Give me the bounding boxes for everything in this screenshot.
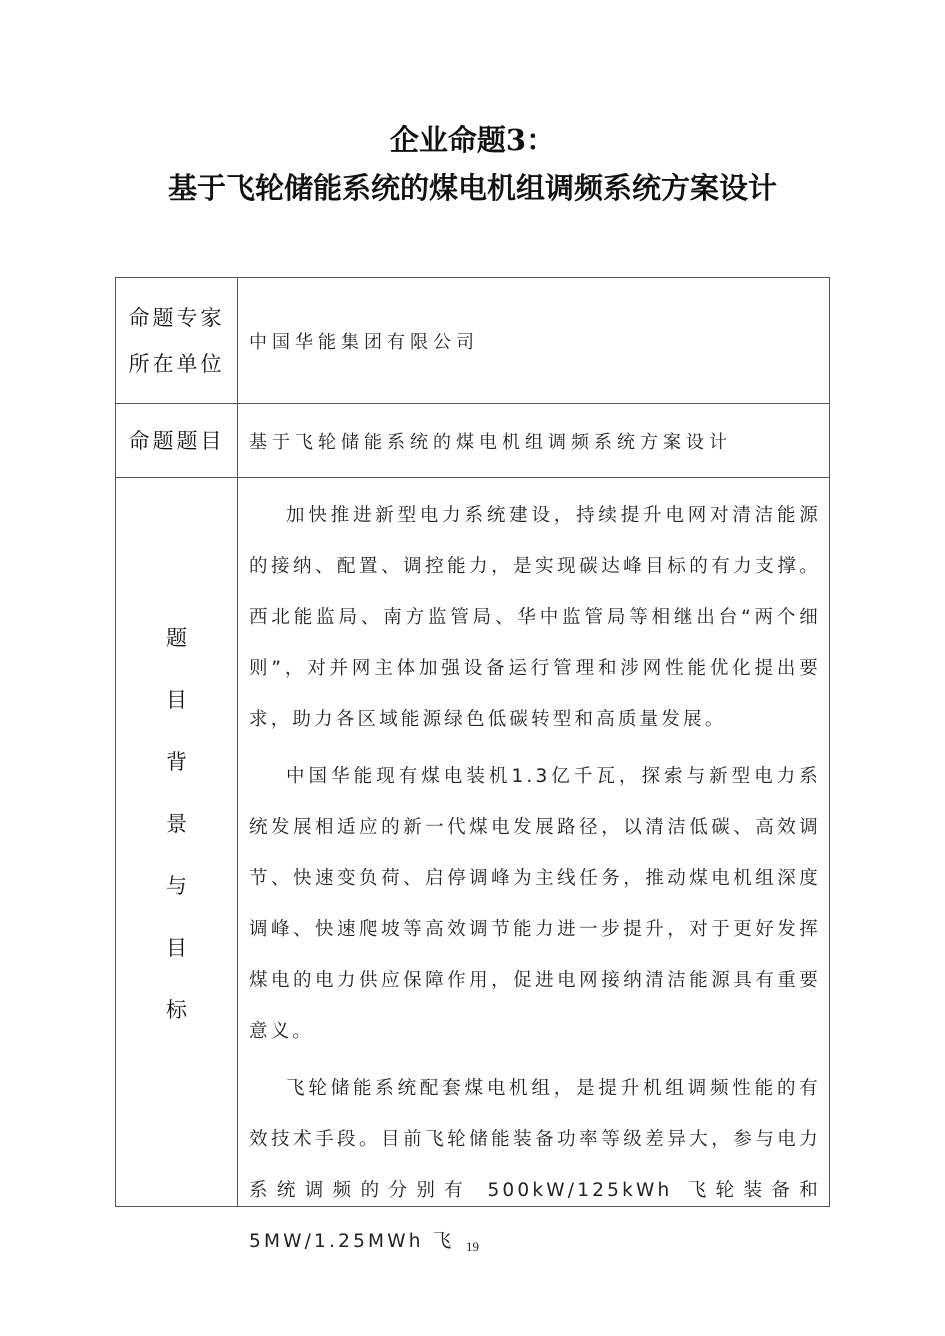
row-label-expert-unit: 命题专家 所在单位 [116, 278, 237, 403]
row-label-proposal-title: 命题题目 [116, 404, 237, 477]
proposal-title-value: 基于飞轮储能系统的煤电机组调频系统方案设计 [249, 404, 819, 477]
expert-unit-value: 中国华能集团有限公司 [249, 278, 819, 403]
label-char: 与 [116, 866, 237, 928]
page-number: 19 [0, 1239, 945, 1255]
label-line: 命题专家 [129, 295, 225, 341]
label-line: 命题题目 [129, 418, 225, 464]
background-goals-body: 加快推进新型电力系统建设，持续提升电网对清洁能源的接纳、配置、调控能力，是实现碳… [249, 490, 821, 1273]
table-row-background-goals: 题 目 背 景 与 目 标 加快推进新型电力系统建设，持续提升电网对清洁能源的接… [116, 478, 829, 1206]
proposal-table: 命题专家 所在单位 中国华能集团有限公司 命题题目 基于飞轮储能系统的煤电机组调… [115, 277, 830, 1207]
paragraph: 加快推进新型电力系统建设，持续提升电网对清洁能源的接纳、配置、调控能力，是实现碳… [249, 490, 821, 745]
document-title-line1: 企业命题3： [0, 120, 945, 160]
label-line: 所在单位 [129, 341, 225, 387]
label-char: 景 [116, 804, 237, 866]
paragraph: 飞轮储能系统配套煤电机组，是提升机组调频性能的有效技术手段。目前飞轮储能装备功率… [249, 1063, 821, 1267]
paragraph: 中国华能现有煤电装机1.3亿千瓦，探索与新型电力系统发展相适应的新一代煤电发展路… [249, 751, 821, 1057]
label-char: 标 [116, 990, 237, 1052]
table-row-expert-unit: 命题专家 所在单位 中国华能集团有限公司 [116, 278, 829, 404]
label-char: 目 [116, 928, 237, 990]
document-title-line2: 基于飞轮储能系统的煤电机组调频系统方案设计 [0, 168, 945, 208]
table-row-proposal-title: 命题题目 基于飞轮储能系统的煤电机组调频系统方案设计 [116, 404, 829, 478]
label-char: 目 [116, 680, 237, 742]
row-label-background-goals: 题 目 背 景 与 目 标 [116, 618, 237, 1052]
label-char: 题 [116, 618, 237, 680]
label-char: 背 [116, 742, 237, 804]
